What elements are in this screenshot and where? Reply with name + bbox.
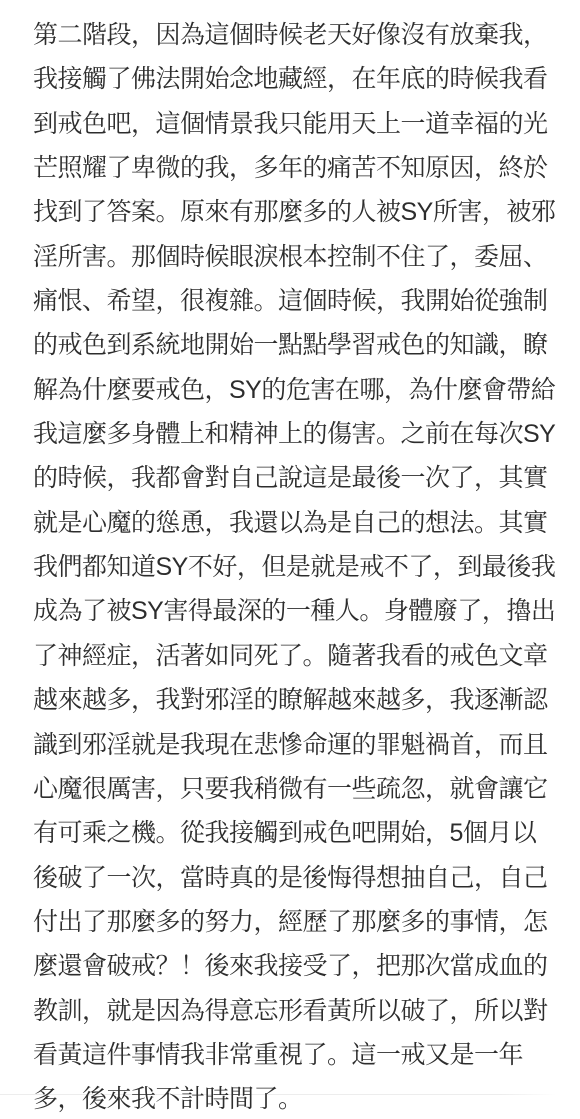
text-line: 了神經症，活著如同死了。隨著我看的戒色文章 [33,634,552,678]
text-line: 付出了那麼多的努力，經歷了那麼多的事情，怎 [33,900,552,944]
post-body: 第二階段，因為這個時候老天好像沒有放棄我，我接觸了佛法開始念地藏經，在年底的時候… [33,13,552,1119]
text-line: 看黃這件事情我非常重視了。這一戒又是一年 [33,1033,552,1077]
text-line: 成為了被SY害得最深的一種人。身體廢了，擼出 [33,589,552,633]
text-line: 找到了答案。原來有那麼多的人被SY所害，被邪 [33,190,552,234]
text-line: 解為什麼要戒色，SY的危害在哪，為什麼會帶給 [33,368,552,412]
text-line: 淫所害。那個時候眼淚根本控制不住了，委屈、 [33,235,552,279]
text-line: 我們都知道SY不好，但是就是戒不了，到最後我 [33,545,552,589]
text-line: 芒照耀了卑微的我，多年的痛苦不知原因，終於 [33,146,552,190]
text-line: 心魔很厲害，只要我稍微有一些疏忽，就會讓它 [33,767,552,811]
text-line: 我接觸了佛法開始念地藏經，在年底的時候我看 [33,57,552,101]
text-line: 的時候，我都會對自己說這是最後一次了，其實 [33,456,552,500]
post-page: 第二階段，因為這個時候老天好像沒有放棄我，我接觸了佛法開始念地藏經，在年底的時候… [0,0,580,1119]
text-line: 麼還會破戒？！後來我接受了，把那次當成血的 [33,944,552,988]
text-line: 痛恨、希望，很複雜。這個時候，我開始從強制 [33,279,552,323]
text-line: 我這麼多身體上和精神上的傷害。之前在每次SY [33,412,552,456]
text-line: 就是心魔的慫恿，我還以為是自己的想法。其實 [33,501,552,545]
text-line: 的戒色到系統地開始一點點學習戒色的知識，瞭 [33,323,552,367]
text-line: 第二階段，因為這個時候老天好像沒有放棄我， [33,13,552,57]
text-line: 教訓，就是因為得意忘形看黃所以破了，所以對 [33,989,552,1033]
text-line: 識到邪淫就是我現在悲慘命運的罪魁禍首，而且 [33,723,552,767]
text-line: 到戒色吧，這個情景我只能用天上一道幸福的光 [33,102,552,146]
text-line: 有可乘之機。從我接觸到戒色吧開始，5個月以 [33,811,552,855]
text-line: 後破了一次，當時真的是後悔得想抽自己，自己 [33,856,552,900]
text-line: 越來越多，我對邪淫的瞭解越來越多，我逐漸認 [33,678,552,722]
text-line: 多，後來我不計時間了。 [33,1077,552,1119]
